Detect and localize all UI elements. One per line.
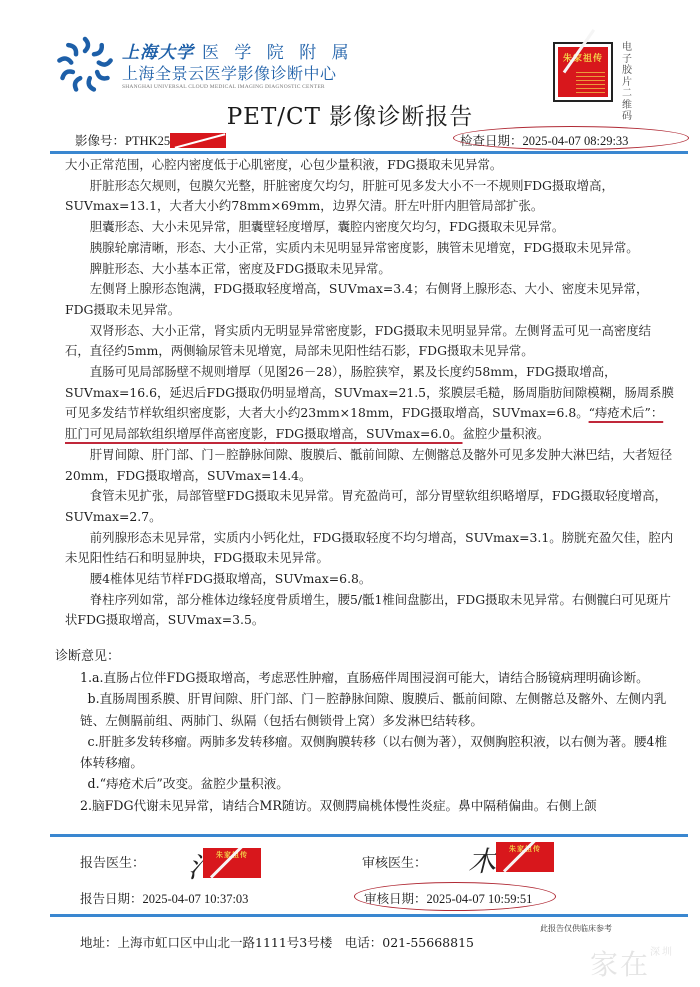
exam-date-circle-annotation	[453, 126, 689, 150]
censor-overlay	[170, 133, 226, 148]
site-watermark: 家在深圳	[590, 943, 674, 983]
report-doctor-label: 报告医生：	[80, 852, 145, 871]
footer-divider	[50, 914, 688, 917]
diagnosis-item: 1.a.直肠占位伴FDG摄取增高，考虑恶性肿瘤，直肠癌伴周围浸润可能大，请结合肠…	[80, 667, 670, 688]
finding-paragraph: 肝脏形态欠规则，包膜欠光整，肝脏密度欠均匀，肝脏可见多发大小不一不规则FDG摄取…	[65, 176, 675, 217]
review-date-circle-annotation	[354, 882, 556, 911]
finding-paragraph: 脊柱序列如常，部分椎体边缘轻度骨质增生，腰5/骶1椎间盘膨出，FDG摄取未见异常…	[65, 590, 675, 631]
underlined-annotation: FDG摄取增高，SUVmax=6.0。	[276, 426, 463, 441]
overlay-pattern	[576, 71, 605, 93]
diagnosis-item: b.直肠周围系膜、肝胃间隙、肝门部、门－腔静脉间隙、腹膜后、骶前间隙、左侧髂总及…	[80, 688, 670, 731]
diagnosis-item: 2.脑FDG代谢未见异常，请结合MR随访。双侧腭扁桃体慢性炎症。鼻中隔稍偏曲。右…	[80, 795, 670, 816]
diagnosis-item: c.肝脏多发转移瘤。两肺多发转移瘤。双侧胸膜转移（以右侧为著），双侧胸腔积液，以…	[80, 731, 670, 774]
finding-paragraph: 食管未见扩张，局部管壁FDG摄取未见异常。胃充盈尚可，部分胃壁软组织略增厚，FD…	[65, 486, 675, 527]
finding-paragraph: 双肾形态、大小正常，肾实质内无明显异常密度影，FDG摄取未见明显异常。左侧肾盂可…	[65, 321, 675, 362]
footer-address: 地址：上海市虹口区中山北一路1111号3号楼 电话：021-55668815	[80, 933, 474, 951]
finding-paragraph: 大小正常范围，心腔内密度低于心肌密度，心包少量积液，FDG摄取未见异常。	[65, 155, 675, 176]
hospital-logo-icon	[56, 36, 114, 94]
finding-paragraph: 肝胃间隙、肝门部、门－腔静脉间隙、腹膜后、骶前间隙、左侧髂总及髂外可见多发肿大淋…	[65, 445, 675, 486]
finding-paragraph-rectum: 直肠可见局部肠壁不规则增厚（见图26－28），肠腔狭窄，累及长度约58mm，FD…	[65, 362, 675, 445]
center-name-en: SHANGHAI UNIVERSAL CLOUD MEDICAL IMAGING…	[122, 84, 325, 90]
finding-paragraph: 前列腺形态未见异常，实质内小钙化灶，FDG摄取轻度不均匀增高，SUVmax=3.…	[65, 528, 675, 569]
finding-paragraph: 左侧肾上腺形态饱满，FDG摄取轻度增高，SUVmax=3.4；右侧肾上腺形态、大…	[65, 279, 675, 320]
university-name: 上海大学	[122, 43, 194, 63]
review-doctor-label: 审核医生：	[362, 852, 427, 871]
image-number: 影像号：PTHK25	[75, 131, 226, 149]
watermark-sub: 深圳	[650, 947, 674, 958]
findings-section: 大小正常范围，心腔内密度低于心肌密度，心包少量积液，FDG摄取未见异常。 肝脏形…	[65, 155, 675, 631]
diagnosis-item: d.“痔疮术后”改变。盆腔少量积液。	[80, 773, 670, 794]
finding-paragraph: 脾脏形态、大小基本正常，密度及FDG摄取未见异常。	[65, 259, 675, 280]
report-date: 报告日期：2025-04-07 10:37:03	[80, 889, 248, 907]
finding-paragraph: 腰4椎体见结节样FDG摄取增高，SUVmax=6.8。	[65, 569, 675, 590]
image-number-value: PTHK25	[125, 134, 170, 148]
image-number-label: 影像号：	[75, 134, 125, 148]
review-signature-censor: 朱家祖传	[496, 842, 554, 872]
qr-censor-overlay: 朱家祖传	[558, 47, 608, 97]
finding-paragraph: 胰腺轮廓清晰，形态、大小正常，实质内未见明显异常密度影，胰管未见增宽，FDG摄取…	[65, 238, 675, 259]
report-date-label: 报告日期：	[80, 892, 143, 906]
center-name-cn: 上海全景云医学影像诊断中心	[122, 61, 337, 84]
rectum-tail: 盆腔少量积液。	[463, 426, 550, 441]
report-signature-censor: 朱家祖传	[203, 848, 261, 878]
watermark-text: 家在	[590, 948, 650, 981]
diagnosis-heading: 诊断意见：	[55, 645, 120, 664]
signature-divider	[50, 834, 688, 837]
overlay-text: 朱家祖传	[558, 51, 608, 64]
film-qr-code[interactable]: 朱家祖传	[553, 42, 613, 102]
footer-disclaimer: 此报告仅供临床参考	[540, 923, 612, 934]
review-doctor-signature: 木	[468, 840, 496, 880]
header-divider	[50, 151, 688, 154]
logo-university-line: 上海大学医 学 院 附 属	[122, 38, 354, 63]
report-date-value: 2025-04-07 10:37:03	[143, 892, 249, 906]
affiliation-text: 医 学 院 附 属	[202, 43, 354, 63]
finding-paragraph: 胆囊形态、大小未见异常，胆囊壁轻度增厚，囊腔内密度欠均匀，FDG摄取未见异常。	[65, 217, 675, 238]
diagnosis-section: 1.a.直肠占位伴FDG摄取增高，考虑恶性肿瘤，直肠癌伴周围浸润可能大，请结合肠…	[80, 667, 670, 816]
rectum-text: 直肠可见局部肠壁不规则增厚（见图26－28），肠腔狭窄，累及长度约58mm，FD…	[65, 364, 674, 420]
